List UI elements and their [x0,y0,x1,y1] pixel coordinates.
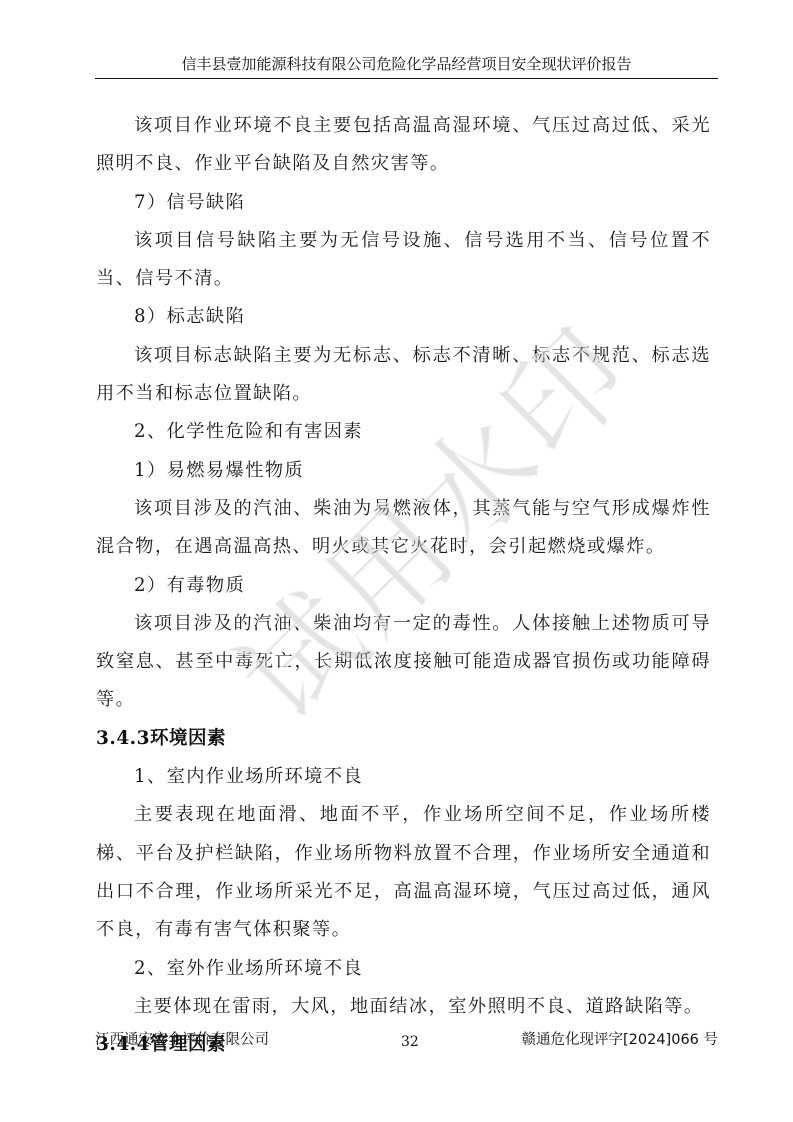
paragraph-sign-defects: 该项目标志缺陷主要为无标志、标志不清晰、标志不规范、标志选用不当和标志位置缺陷。 [96,337,711,414]
paragraph-toxic-substances: 该项目涉及的汽油、柴油均有一定的毒性。人体接触上述物质可导致窒息、甚至中毒死亡，… [96,605,711,720]
page-header: 信丰县壹加能源科技有限公司危险化学品经营项目安全现状评价报告 [95,54,718,79]
page-footer: 江西通安安全评价有限公司 32 赣通危化现评字[2024]066 号 [95,1028,718,1052]
header-title: 信丰县壹加能源科技有限公司危险化学品经营项目安全现状评价报告 [181,55,631,73]
subheading-sign-defects: 8）标志缺陷 [96,298,711,336]
subheading-toxic-substances: 2）有毒物质 [96,567,711,605]
paragraph-work-environment: 该项目作业环境不良主要包括高温高湿环境、气压过高过低、采光照明不良、作业平台缺陷… [96,107,711,184]
footer-document-number: 赣通危化现评字[2024]066 号 [522,1028,719,1049]
paragraph-signal-defects: 该项目信号缺陷主要为无信号设施、信号选用不当、信号位置不当、信号不清。 [96,222,711,299]
subheading-flammable-substances: 1）易燃易爆性物质 [96,452,711,490]
document-body: 该项目作业环境不良主要包括高温高湿环境、气压过高过低、采光照明不良、作业平台缺陷… [96,107,711,1064]
subheading-signal-defects: 7）信号缺陷 [96,184,711,222]
page-number: 32 [401,1034,419,1050]
subheading-chemical-hazards: 2、化学性危险和有害因素 [96,413,711,451]
paragraph-outdoor-environment: 主要体现在雷雨，大风，地面结冰，室外照明不良、道路缺陷等。 [96,988,711,1026]
footer-company: 江西通安安全评价有限公司 [95,1028,269,1049]
paragraph-flammable-substances: 该项目涉及的汽油、柴油为易燃液体，其蒸气能与空气形成爆炸性混合物，在遇高温高热、… [96,490,711,567]
subheading-indoor-environment: 1、室内作业场所环境不良 [96,758,711,796]
paragraph-indoor-environment: 主要表现在地面滑、地面不平，作业场所空间不足，作业场所楼梯、平台及护栏缺陷，作业… [96,796,711,949]
section-heading-environment-factors: 3.4.3环境因素 [96,720,711,758]
subheading-outdoor-environment: 2、室外作业场所环境不良 [96,950,711,988]
